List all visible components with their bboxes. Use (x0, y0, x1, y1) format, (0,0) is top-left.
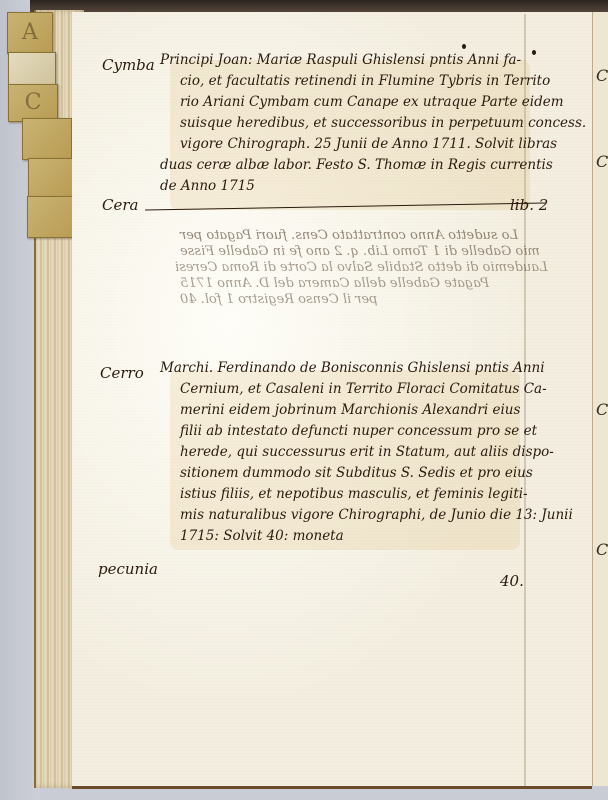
entry-line: sitionem dummodo sit Subditus S. Sedis e… (160, 463, 573, 484)
thumb-tab-a[interactable]: A (7, 12, 53, 54)
facing-page-fragment: C (596, 400, 608, 419)
entry-line: filii ab intestato defuncti nuper conces… (160, 421, 573, 442)
ink-spot (462, 44, 466, 49)
entry-line: merini eidem jobrinum Marchionis Alexand… (160, 400, 573, 421)
bleed-through-line: mio Gabelle di 1 Tomo Lib. q. 2 ano fe i… (180, 244, 540, 259)
entry-line: Marchi. Ferdinando de Bonisconnis Ghisle… (160, 358, 573, 379)
facing-page-fragment: C (596, 152, 608, 171)
ink-spot (532, 50, 536, 55)
facing-page-edge (592, 12, 608, 786)
entry-line: duas ceræ albæ labor. Festo S. Thomæ in … (160, 155, 586, 176)
amount-entry-1: lib. 2 (510, 196, 548, 214)
margin-label-cera: Cera (102, 196, 138, 214)
thumb-tab-b[interactable] (8, 52, 56, 86)
margin-label-pecunia: pecunia (98, 560, 158, 578)
bleed-through-line: Lo sudetto Anno contrattato Cens. fuori … (180, 228, 518, 243)
bleed-through-line: Pagate Gabelle della Camera del D. Anno … (180, 276, 489, 291)
entry-line: suisque heredibus, et successoribus in p… (160, 113, 586, 134)
amount-entry-2: 40. (500, 572, 524, 590)
thumb-tab-d[interactable] (22, 118, 72, 160)
thumb-tab-f[interactable] (27, 196, 77, 238)
bleed-through-line: per il Censo Registro 1 fol. 40 (180, 292, 378, 307)
facing-page-fragment: C (596, 540, 608, 559)
entry-line: de Anno 1715 (160, 176, 586, 197)
entry-line: Cernium, et Casaleni in Territo Floraci … (160, 379, 573, 400)
thumb-tab-c[interactable]: C (8, 84, 58, 122)
thumb-tab-e[interactable] (28, 158, 74, 198)
manuscript-scan: A C Lo sudetto Anno contrattato Cens. fu… (0, 0, 608, 800)
tab-letter: A (8, 13, 52, 53)
facing-page-fragment: C (596, 66, 608, 85)
entry-line: vigore Chirograph. 25 Junii de Anno 1711… (160, 134, 586, 155)
bleed-through-line: Laudemio di detto Stabile Salvo la Corte… (175, 260, 548, 275)
entry-line: istius filiis, et nepotibus masculis, et… (160, 484, 573, 505)
entry-line: herede, qui successurus erit in Statum, … (160, 442, 573, 463)
margin-label-cerro: Cerro (100, 364, 144, 382)
tab-letter: C (9, 85, 57, 121)
entry-line: rio Ariani Cymbam cum Canape ex utraque … (160, 92, 586, 113)
ledger-entry-cerro: Marchi. Ferdinando de Bonisconnis Ghisle… (160, 358, 573, 547)
entry-line: 1715: Solvit 40: moneta (160, 526, 573, 547)
margin-label-cymba: Cymba (102, 56, 155, 74)
entry-line: cio, et facultatis retinendi in Flumine … (160, 71, 586, 92)
entry-line: mis naturalibus vigore Chirographi, de J… (160, 505, 573, 526)
entry-line: Principi Joan: Mariæ Raspuli Ghislensi p… (160, 50, 586, 71)
ledger-entry-cymba: Principi Joan: Mariæ Raspuli Ghislensi p… (160, 50, 586, 197)
